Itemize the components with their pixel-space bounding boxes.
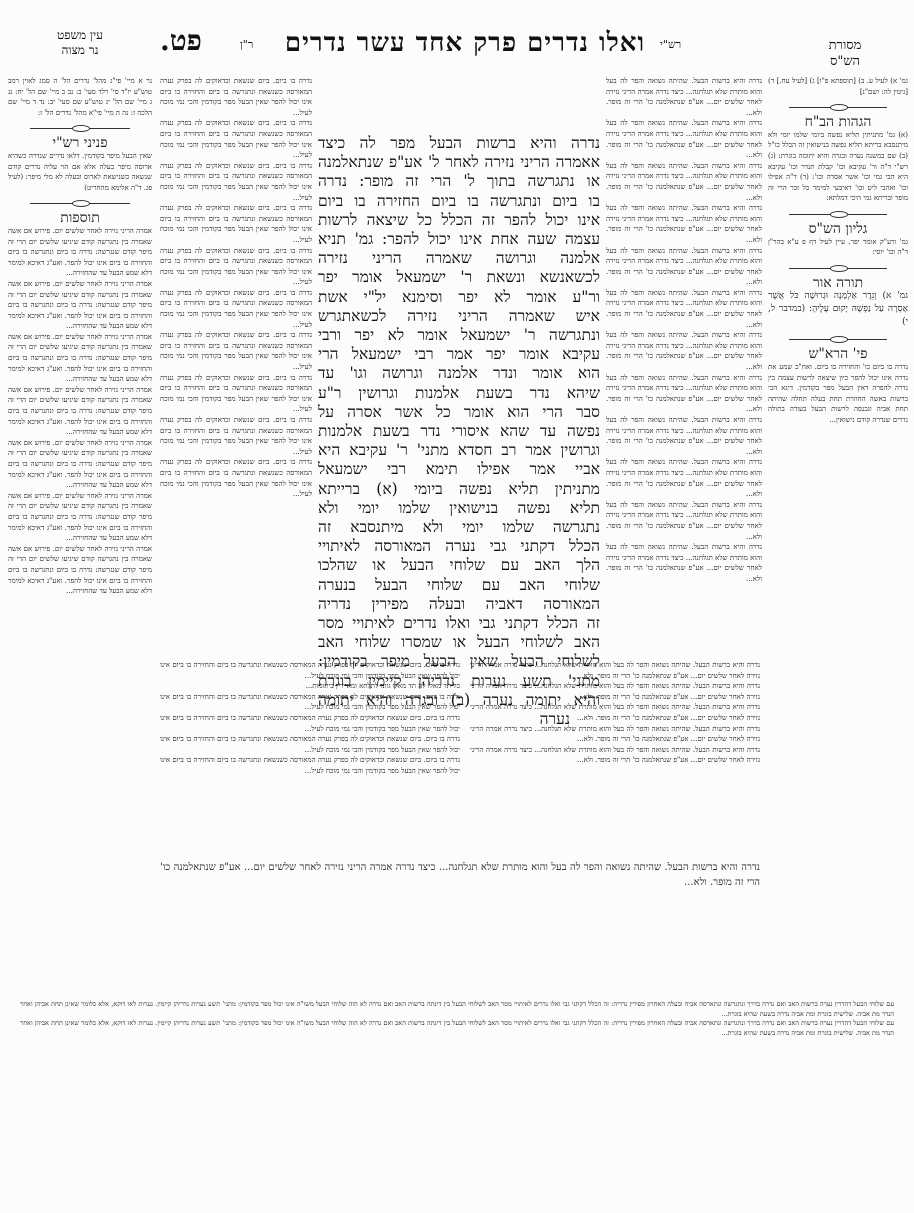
ornament-divider <box>789 103 887 111</box>
gemara-line: הכלל דקתני גבי נערה המאורסה לאיתויי <box>318 537 600 556</box>
ran-text: נדרה בו ביום. ביום שנשאת וכדאוקים לה בפר… <box>160 203 312 245</box>
ornament-divider <box>789 264 887 272</box>
gemara-line: עקיבא אומר יפר אמר רבי ישמעאל הרי <box>318 345 600 364</box>
footer-commentary: עם שלוחי הבעל דהדרין נערה ברשות האב ואם … <box>20 1000 894 1038</box>
tosafot-text: אמרה הריני נזירה לאחר שלשים יום. פירוש א… <box>8 226 152 279</box>
daf-number: פט. <box>160 24 202 58</box>
rashi-text: נדרה והיא ברשות הבעל. שהיתה נשואה והפר ל… <box>470 745 760 766</box>
left-margin: נר א מיי' פי"ג מהל' נדרים הל' ה סמג לאוי… <box>8 76 152 996</box>
gemara-line: הוא אומר ונדר אלמנה וגרושה וגו' עד <box>318 364 600 383</box>
rashi-text: נדרה והיא ברשות הבעל. שהיתה נשואה והפר ל… <box>606 542 762 584</box>
gemara-line: אלמנה וגרושה שאמרה הריני נזירה <box>318 249 600 268</box>
gemara-text: נדרה והיא ברשות הבעל מפר לה כיצד אאמרה ה… <box>318 134 600 729</box>
tosafot-text: אמרה הריני נזירה לאחר שלשים יום. פירוש א… <box>8 279 152 332</box>
ran-text: נדרה בו ביום. ביום שנשאת וכדאוקים לה בפר… <box>160 415 312 457</box>
rashi-text: נדרה והיא ברשות הבעל. שהיתה נשואה והפר ל… <box>606 288 762 330</box>
ran-text: נדרה בו ביום. ביום שנשאת וכדאוקים לה בפר… <box>160 330 312 372</box>
gemara-line: המאורסה דאביה ובעלה מפירין נדריה <box>318 595 600 614</box>
ran-text: נדרה בו ביום. ביום שנשאת וכדאוקים לה בפר… <box>160 457 312 499</box>
gemara-line: נפשה עד שהא איסורי נדר בשעת אלמנות <box>318 422 600 441</box>
gilyon-text: גמ' ורע"ק אומר יפר. עיין לעיל דף פ ע"א ב… <box>768 237 908 258</box>
ran-text: נדרה בו ביום. ביום שנשאת וכדאוקים לה בפר… <box>160 118 312 160</box>
tosafot-text: אמרה הריני נזירה לאחר שלשים יום. פירוש א… <box>8 544 152 597</box>
rosh-title: פי' הרא"ש <box>768 349 908 360</box>
rashi-text: נדרה והיא ברשות הבעל. שהיתה נשואה והפר ל… <box>606 457 762 499</box>
ornament-divider <box>30 124 131 132</box>
gemara-line: סבר הרי הוא אומר כל אשר אסרה על <box>318 403 600 422</box>
gemara-line: עצמה שעה אחת אינו יכול להפר: גמ' תניא <box>318 230 600 249</box>
gemara-line: או נתגרשה בתוך ל' הרי זה מופר: נדרה <box>318 172 600 191</box>
gemara-line: ור"ע אומר לא יפר וסימנא יל"י אשת <box>318 288 600 307</box>
gemara-line: וגרושין אמר רב חסדא מתני' ר' עקיבא היא <box>318 441 600 460</box>
rashi-text: נדרה והיא ברשות הבעל. שהיתה נשואה והפר ל… <box>606 246 762 288</box>
gemara-line: הלך האב עם שלוחי הבעל או שהלכו <box>318 556 600 575</box>
rashi-text: נדרה והיא ברשות הבעל. שהיתה נשואה והפר ל… <box>606 373 762 415</box>
tosafot-text: אמרה הריני נזירה לאחר שלשים יום. פירוש א… <box>8 385 152 438</box>
gemara-line: ונתגרשה ר' ישמעאל אומר לא יפר ורבי <box>318 326 600 345</box>
rosh-text: נדרה בו ביום כו' והחזירה בו ביום. ואח"כ … <box>768 362 908 426</box>
gemara-line: אביי אמר אפילו תימא רבי ישמעאל <box>318 460 600 479</box>
gilyon-title: גליון הש"ס <box>768 224 908 235</box>
torah-or-text: גמ' א) וְנֵדֶר אַלְמָנָה וּגְרוּשָׁה כֹּ… <box>768 290 908 329</box>
footer-text: עם שלוחי הבעל דהדרין נערה ברשות האב ואם … <box>20 1000 894 1019</box>
rashi-label: רש"י <box>660 38 681 51</box>
rashi-text: נדרה והיא ברשות הבעל. שהיתה נשואה והפר ל… <box>160 860 760 890</box>
gemara-line: אינו יכול להפר זה הכלל כל שיצאה לרשות <box>318 211 600 230</box>
gemara-line: תליא נפשה בנישואין שלמו יומי ולא <box>318 499 600 518</box>
rashi-text: נדרה והיא ברשות הבעל. שהיתה נשואה והפר ל… <box>606 500 762 542</box>
rashi-text: נדרה והיא ברשות הבעל. שהיתה נשואה והפר ל… <box>606 330 762 372</box>
rashi-text: נדרה והיא ברשות הבעל. שהיתה נשואה והפר ל… <box>606 118 762 160</box>
rashi-text: נדרה והיא ברשות הבעל. שהיתה נשואה והפר ל… <box>470 660 760 681</box>
ein-mishpat-header: עין משפט נר מצוה <box>20 28 140 58</box>
rashi-text: נדרה והיא ברשות הבעל. שהיתה נשואה והפר ל… <box>606 203 762 245</box>
gemara-line: שיהא נדר בשעת אלמנות וגרושין ר"ע <box>318 384 600 403</box>
ran-text: נדרה בו ביום. ביום שנשאת וכדאוקים לה בפר… <box>160 713 460 734</box>
rashi-text: נדרה והיא ברשות הבעל. שהיתה נשואה והפר ל… <box>606 76 762 118</box>
ran-text: נדרה בו ביום. ביום שנשאת וכדאוקים לה בפר… <box>160 373 312 415</box>
torah-or-title: תורה אור <box>768 278 908 289</box>
rashi-bottom-band: נדרה והיא ברשות הבעל. שהיתה נשואה והפר ל… <box>160 860 760 900</box>
ran-text: נדרה בו ביום. ביום שנשאת וכדאוקים לה בפר… <box>160 288 312 330</box>
gemara-line: אאמרה הריני נזירה לאחר ל' אע"פ שנתאלמנה <box>318 153 600 172</box>
rashi-text: נדרה והיא ברשות הבעל. שהיתה נשואה והפר ל… <box>470 681 760 702</box>
tosafot-text: אמרה הריני נזירה לאחר שלשים יום. פירוש א… <box>8 438 152 491</box>
page-title: ואלו נדרים פרק אחד עשר נדרים <box>270 28 660 58</box>
right-margin: גמ' א) לעיל ע. ב) [תוספתא פ"ו] ג) [לעיל … <box>768 76 908 425</box>
ran-text: נדרה בו ביום. ביום שנשאת וכדאוקים לה בפר… <box>160 660 460 681</box>
hagahot-title: הגהות הב"ח <box>768 117 908 128</box>
ran-text: נדרה בו ביום. ביום שנשאת וכדאוקים לה בפר… <box>160 755 460 776</box>
gemara-line: נדרה והיא ברשות הבעל מפר לה כיצד <box>318 134 600 153</box>
mesoret-notes: גמ' א) לעיל ע. ב) [תוספתא פ"ו] ג) [לעיל … <box>768 76 908 97</box>
ran-text: כל תד מאלו לה תד מאלו גוונו לתלתא ומאייר… <box>160 681 460 692</box>
ran-text: נדרה בו ביום. ביום שנשאת וכדאוקים לה בפר… <box>160 161 312 203</box>
ran-text: נדרה בו ביום. ביום שנשאת וכדאוקים לה בפר… <box>160 692 460 713</box>
rashi-text: נדרה והיא ברשות הבעל. שהיתה נשואה והפר ל… <box>470 702 760 723</box>
footer-text: עם שלוחי הבעל דהדרין נערה ברשות האב ואם … <box>20 1019 894 1038</box>
rashi-text: נדרה והיא ברשות הבעל. שהיתה נשואה והפר ל… <box>606 415 762 457</box>
ran-text: נדרה בו ביום. ביום שנשאת וכדאוקים לה בפר… <box>160 246 312 288</box>
gemara-line: זה הכלל דקתני גבי ואלו נדרים לאיתויי מסר <box>318 614 600 633</box>
gemara-line: לכשאנשא ונשאת ר' ישמעאל אומר יפר <box>318 268 600 287</box>
gemara-line: נתגרשה שלמו יומי ולא מיתנסבא זה <box>318 518 600 537</box>
tosafot-text: אמרה הריני נזירה לאחר שלשים יום. פירוש א… <box>8 332 152 385</box>
ornament-divider <box>789 335 887 343</box>
ran-text: נדרה בו ביום. ביום שנשאת וכדאוקים לה בפר… <box>160 734 460 755</box>
tosafot-text: אמרה הריני נזירה לאחר שלשים יום. פירוש א… <box>8 491 152 544</box>
ran-text: נדרה בו ביום. ביום שנשאת וכדאוקים לה בפר… <box>160 76 312 118</box>
gemara-line: האב לשלוחי הבעל או שמסרו שלוחי האב <box>318 633 600 652</box>
ornament-divider <box>789 210 887 218</box>
tosafot-title: תוספות <box>8 213 152 224</box>
gemara-line: שלוחי האב עם שלוחי הבעל בנערה <box>318 576 600 595</box>
piskei-rashi-text: שאין הבעל מיפר בקודמין. דלאו נדרים שנדרה… <box>8 151 152 193</box>
rashi-text: נדרה והיא ברשות הבעל. שהיתה נשואה והפר ל… <box>470 724 760 745</box>
ornament-divider <box>30 199 131 207</box>
mesoret-header: מסורת הש"ס <box>780 38 910 70</box>
hagahot-text: (א) גמ' מתניתין תליא נפשה ביומי שלמו יומ… <box>768 130 908 204</box>
ran-column: נדרה בו ביום. ביום שנשאת וכדאוקים לה בפר… <box>160 76 312 656</box>
gemara-line: איש שאמרה הריני נזירה לכשאתגרש <box>318 307 600 326</box>
piskei-rashi-title: פניני רש"י <box>8 138 152 149</box>
ein-mishpat-text: נר א מיי' פי"ג מהל' נדרים הל' ה סמג לאוי… <box>8 76 152 118</box>
gemara-line: מתניתין תליא נפשה ביומי (א) ברייתא <box>318 480 600 499</box>
rashi-text: נדרה והיא ברשות הבעל. שהיתה נשואה והפר ל… <box>606 161 762 203</box>
rashi-lower: נדרה והיא ברשות הבעל. שהיתה נשואה והפר ל… <box>470 660 760 860</box>
ran-label: ר"ן <box>240 38 253 51</box>
gemara-line: בו ביום ונתגרשה בו ביום החזירה בו ביום <box>318 192 600 211</box>
